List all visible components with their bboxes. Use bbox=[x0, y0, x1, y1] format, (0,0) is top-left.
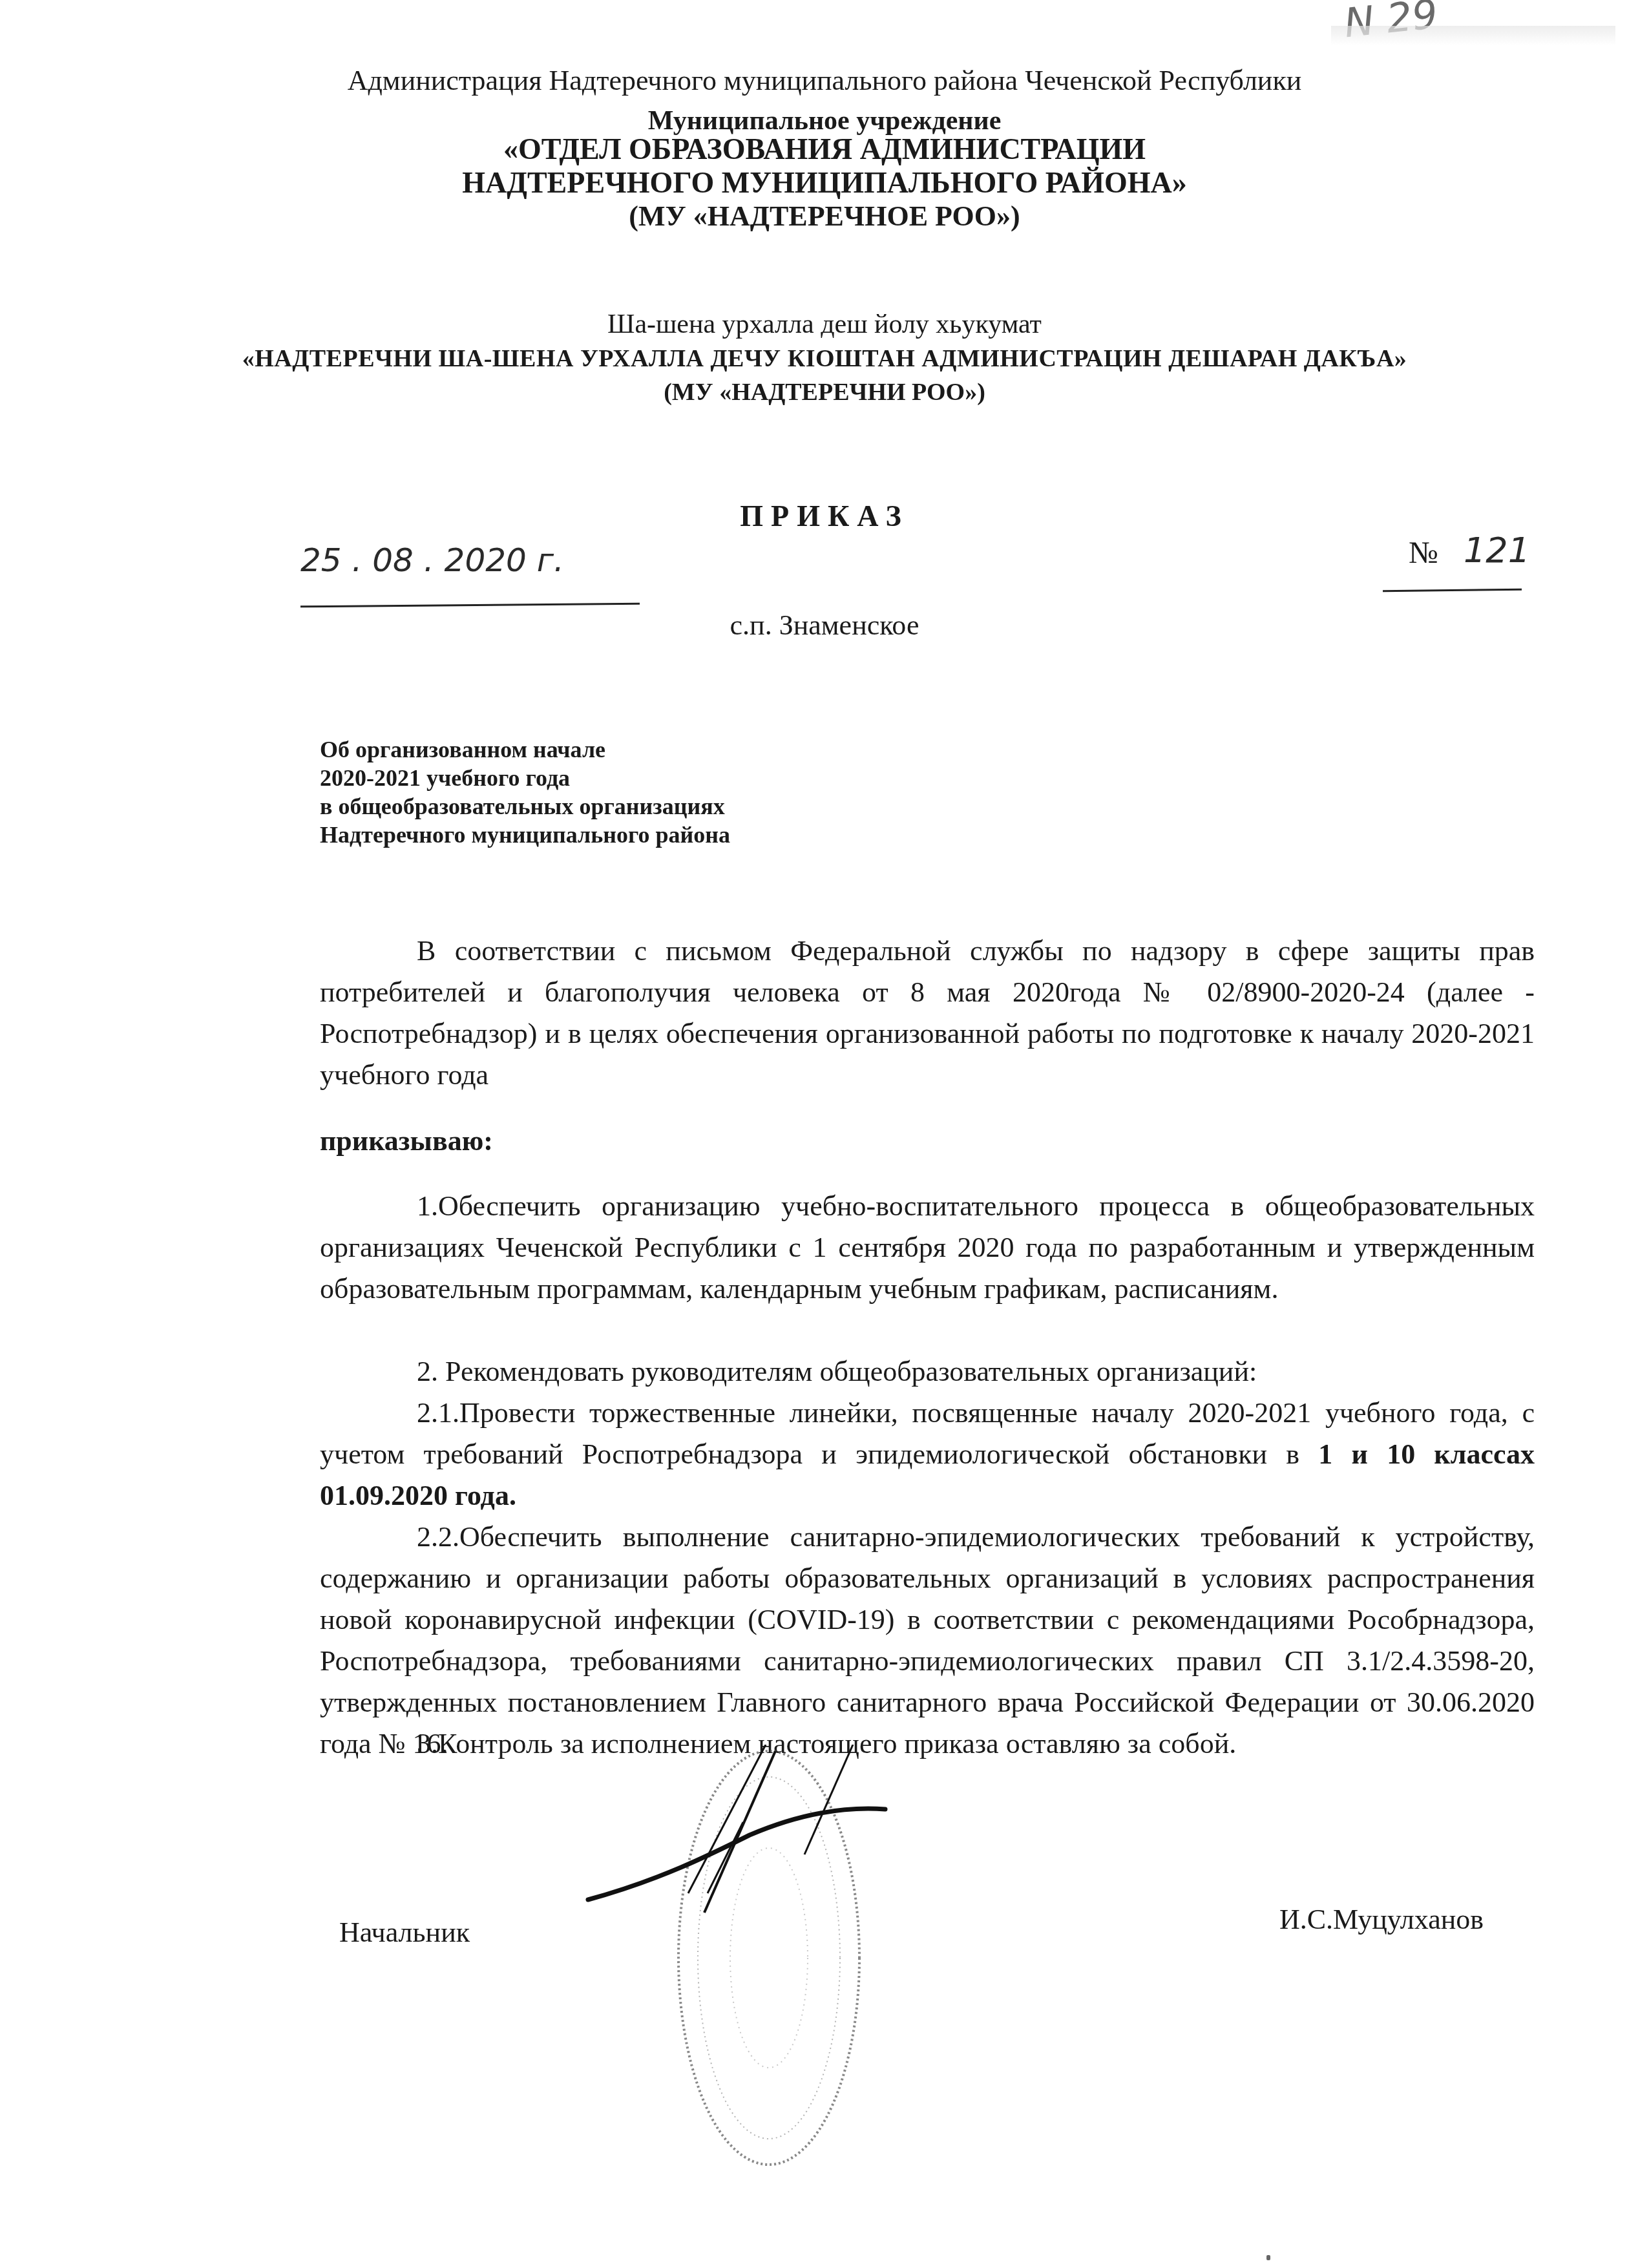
preamble-text: В соответствии с письмом Федеральной слу… bbox=[320, 935, 1535, 1091]
document-title: ПРИКАЗ bbox=[0, 499, 1649, 533]
institution-name-line2: НАДТЕРЕЧНОГО МУНИЦИПАЛЬНОГО РАЙОНА» bbox=[0, 167, 1649, 199]
chechen-institution-short-name: (МУ «НАДТЕРЕЧНИ РОО») bbox=[0, 376, 1649, 408]
administration-name: Администрация Надтеречного муниципальног… bbox=[0, 65, 1649, 97]
order-date-handwritten: 25 . 08 . 2020 г. bbox=[300, 541, 564, 579]
order-subject: Об организованном начале 2020-2021 учебн… bbox=[320, 735, 730, 849]
subject-line: 2020-2021 учебного года bbox=[320, 764, 730, 792]
preamble-paragraph: В соответствии с письмом Федеральной слу… bbox=[320, 930, 1535, 1096]
subject-line: Надтеречного муниципального района bbox=[320, 821, 730, 849]
chechen-administration-name: Ша-шена урхалла деш йолу хьукумат bbox=[0, 308, 1649, 341]
date-underline bbox=[300, 603, 640, 608]
scan-speck bbox=[1266, 2255, 1270, 2260]
order-item-2-1: 2.1.Провести торжественные линейки, посв… bbox=[320, 1392, 1535, 1517]
order-item-2-text: 2. Рекомендовать руководителям общеобраз… bbox=[417, 1356, 1257, 1387]
order-number-label: № bbox=[1409, 535, 1438, 571]
subject-line: в общеобразовательных организациях bbox=[320, 792, 730, 821]
scan-shadow bbox=[1331, 26, 1615, 45]
chechen-institution-name: «НАДТЕРЕЧНИ ША-ШЕНА УРХАЛЛА ДЕЧУ КIОШТАН… bbox=[0, 342, 1649, 375]
signatory-position: Начальник bbox=[339, 1916, 470, 1949]
order-item-1-text: 1.Обеспечить организацию учебно-воспитат… bbox=[320, 1190, 1535, 1305]
signature-handwritten bbox=[582, 1745, 982, 1938]
order-item-1: 1.Обеспечить организацию учебно-воспитат… bbox=[320, 1186, 1535, 1310]
order-place: с.п. Знаменское bbox=[0, 609, 1649, 642]
order-number-handwritten: 121 bbox=[1464, 530, 1530, 571]
number-underline bbox=[1383, 589, 1522, 592]
order-item-2: 2. Рекомендовать руководителям общеобраз… bbox=[320, 1351, 1535, 1392]
subject-line: Об организованном начале bbox=[320, 735, 730, 764]
institution-name-line1: «ОТДЕЛ ОБРАЗОВАНИЯ АДМИНИСТРАЦИИ bbox=[0, 133, 1649, 165]
institution-short-name: (МУ «НАДТЕРЕЧНОЕ РОО») bbox=[0, 200, 1649, 233]
signatory-name: И.С.Муцулханов bbox=[1279, 1903, 1484, 1936]
order-directive: приказываю: bbox=[320, 1124, 493, 1157]
